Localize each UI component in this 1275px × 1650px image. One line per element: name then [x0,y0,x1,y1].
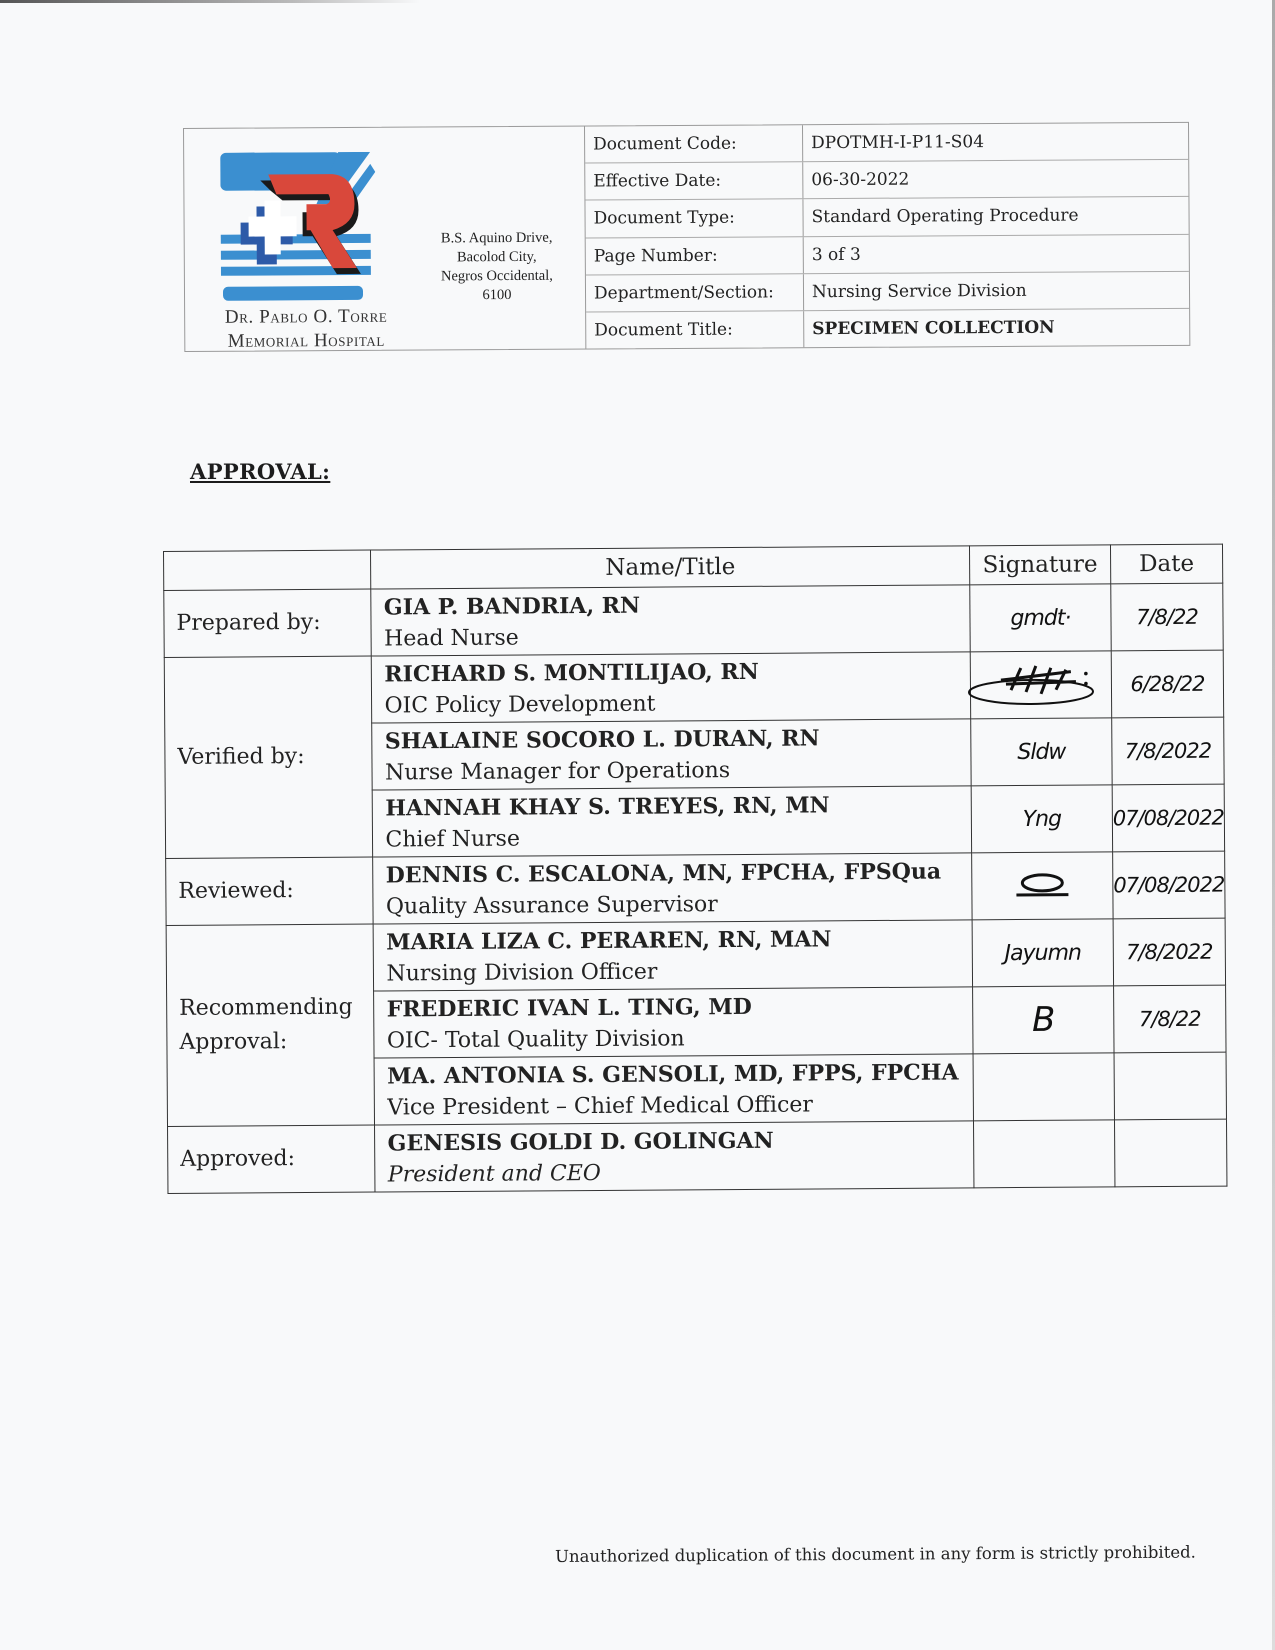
role-label: Approved: [168,1125,376,1193]
signatory: GENESIS GOLDI D. GOLINGAN President and … [375,1121,974,1192]
date-cell: 07/08/2022 [1112,784,1225,852]
signatory-name: MA. ANTONIA S. GENSOLI, MD, FPPS, FPCHA [387,1056,961,1092]
signatory: SHALAINE SOCORO L. DURAN, RN Nurse Manag… [372,719,971,790]
signatory-title: Vice President – Chief Medical Officer [387,1088,961,1124]
date-cell: 07/08/2022 [1113,851,1226,919]
handwritten-date: 7/8/22 [1139,1007,1201,1031]
role-label: Recommending Approval: [166,924,375,1126]
meta-label: Department/Section: [586,274,804,312]
meta-row-page-number: Page Number: 3 of 3 [586,234,1189,275]
role-label: Verified by: [164,656,373,858]
signatory-title: Head Nurse [384,619,958,655]
column-header-name-title: Name/Title [371,546,970,589]
signature-cell: Jayumn [972,919,1113,987]
document-header: Dr. Pablo O. Torre Memorial Hospital B.S… [183,122,1190,352]
signatory: GIA P. BANDRIA, RN Head Nurse [371,585,970,656]
column-header-role [164,550,372,590]
address-line: Bacolod City, [417,248,577,268]
handwritten-date: 7/8/22 [1136,605,1198,629]
hospital-branding: Dr. Pablo O. Torre Memorial Hospital B.S… [184,127,586,351]
date-cell: 7/8/2022 [1113,918,1226,986]
handwritten-signature: Yng [1023,806,1062,831]
loop-signature-icon [1012,871,1072,901]
meta-row-document-title: Document Title: SPECIMEN COLLECTION [586,309,1189,349]
approval-heading: APPROVAL: [190,459,330,484]
handwritten-date: 7/8/2022 [1126,940,1212,965]
signature-cell [970,651,1111,719]
signatory: DENNIS C. ESCALONA, MN, FPCHA, FPSQua Qu… [373,853,972,924]
signature-cell: B [973,986,1114,1054]
department-section: Nursing Service Division [804,280,1189,302]
signatory-name: GENESIS GOLDI D. GOLINGAN [388,1123,962,1159]
handwritten-signature: gmdt· [1010,605,1070,630]
signatory-title: President and CEO [388,1155,962,1191]
signatory: HANNAH KHAY S. TREYES, RN, MN Chief Nurs… [373,786,972,857]
signatory-title: Nurse Manager for Operations [385,753,959,789]
signatory-name: FREDERIC IVAN L. TING, MD [387,989,961,1025]
signatory: MARIA LIZA C. PERAREN, RN, MAN Nursing D… [374,920,973,991]
meta-label: Effective Date: [585,162,803,200]
table-row: Prepared by: GIA P. BANDRIA, RN Head Nur… [164,583,1223,657]
meta-row-document-code: Document Code: DPOTMH-I-P11-S04 [585,123,1188,164]
meta-label: Document Title: [586,311,804,349]
handwritten-date: 7/8/2022 [1125,739,1211,764]
address-line: Negros Occidental, [417,267,577,287]
hospital-name-line2: Memorial Hospital [185,329,427,354]
table-row: Approved: GENESIS GOLDI D. GOLINGAN Pres… [168,1119,1227,1193]
signatory-name: SHALAINE SOCORO L. DURAN, RN [385,721,959,757]
handwritten-signature: B [1032,1000,1055,1040]
signatory-name: MARIA LIZA C. PERAREN, RN, MAN [386,922,960,958]
date-cell-empty [1114,1119,1227,1187]
signatory: RICHARD S. MONTILIJAO, RN OIC Policy Dev… [372,652,971,723]
role-label: Reviewed: [166,857,374,925]
meta-row-department: Department/Section: Nursing Service Divi… [586,272,1189,313]
role-label: Prepared by: [164,589,372,657]
signature-cell-empty [973,1053,1114,1121]
meta-label: Page Number: [586,237,804,275]
handwritten-date: 07/08/2022 [1113,873,1224,898]
signatory-name: RICHARD S. MONTILIJAO, RN [384,654,958,690]
signatory-title: Quality Assurance Supervisor [386,887,960,923]
signatory-name: HANNAH KHAY S. TREYES, RN, MN [385,788,959,824]
handwritten-signature: Sldw [1017,739,1065,764]
signatory-title: Nursing Division Officer [386,954,960,990]
handwritten-date: 07/08/2022 [1113,806,1224,831]
date-cell: 7/8/2022 [1112,717,1225,785]
approval-table: Name/Title Signature Date Prepared by: G… [163,544,1227,1194]
column-header-date: Date [1110,544,1222,584]
page-number: 3 of 3 [804,242,1189,264]
scan-edge [0,0,420,3]
date-cell-empty [1114,1052,1227,1120]
document-code: DPOTMH-I-P11-S04 [803,131,1188,153]
hospital-address: B.S. Aquino Drive, Bacolod City, Negros … [417,229,577,306]
meta-label: Document Code: [585,125,803,163]
document-meta-table: Document Code: DPOTMH-I-P11-S04 Effectiv… [585,123,1189,349]
date-cell: 7/8/22 [1111,583,1224,651]
confidentiality-footer: Unauthorized duplication of this documen… [555,1543,1196,1566]
table-row: Verified by: RICHARD S. MONTILIJAO, RN O… [164,650,1223,724]
hospital-name-line1: Dr. Pablo O. Torre [185,305,427,330]
table-row: Recommending Approval: MARIA LIZA C. PER… [166,918,1225,992]
handwritten-signature: Jayumn [1005,940,1081,966]
date-cell: 6/28/22 [1111,650,1224,718]
signature-cell: Sldw [971,718,1112,786]
meta-label: Document Type: [585,200,803,238]
address-line: B.S. Aquino Drive, [417,229,577,249]
date-cell: 7/8/22 [1113,985,1226,1053]
signatory-title: OIC Policy Development [384,686,958,722]
meta-row-document-type: Document Type: Standard Operating Proced… [585,197,1188,238]
handwritten-date: 6/28/22 [1130,672,1204,697]
signatory-name: GIA P. BANDRIA, RN [384,587,958,623]
effective-date: 06-30-2022 [803,168,1188,190]
signatory: MA. ANTONIA S. GENSOLI, MD, FPPS, FPCHA … [375,1054,974,1125]
document-title: SPECIMEN COLLECTION [804,317,1189,339]
signature-cell-empty [973,1120,1114,1188]
document-type: Standard Operating Procedure [803,205,1188,227]
signature-cell: Yng [971,785,1112,853]
signatory: FREDERIC IVAN L. TING, MD OIC- Total Qua… [374,987,973,1058]
table-row: Reviewed: DENNIS C. ESCALONA, MN, FPCHA,… [166,851,1225,925]
meta-row-effective-date: Effective Date: 06-30-2022 [585,160,1188,201]
signature-cell: gmdt· [970,584,1111,652]
hospital-logo-icon [220,152,376,303]
column-header-signature: Signature [969,545,1110,585]
address-line: 6100 [417,286,577,306]
signatory-title: Chief Nurse [385,820,959,856]
signatory-name: DENNIS C. ESCALONA, MN, FPCHA, FPSQua [386,855,960,891]
signatory-title: OIC- Total Quality Division [387,1021,961,1057]
signature-cell [972,852,1113,920]
hospital-name: Dr. Pablo O. Torre Memorial Hospital [185,305,427,354]
scribble-signature-icon [971,659,1111,710]
